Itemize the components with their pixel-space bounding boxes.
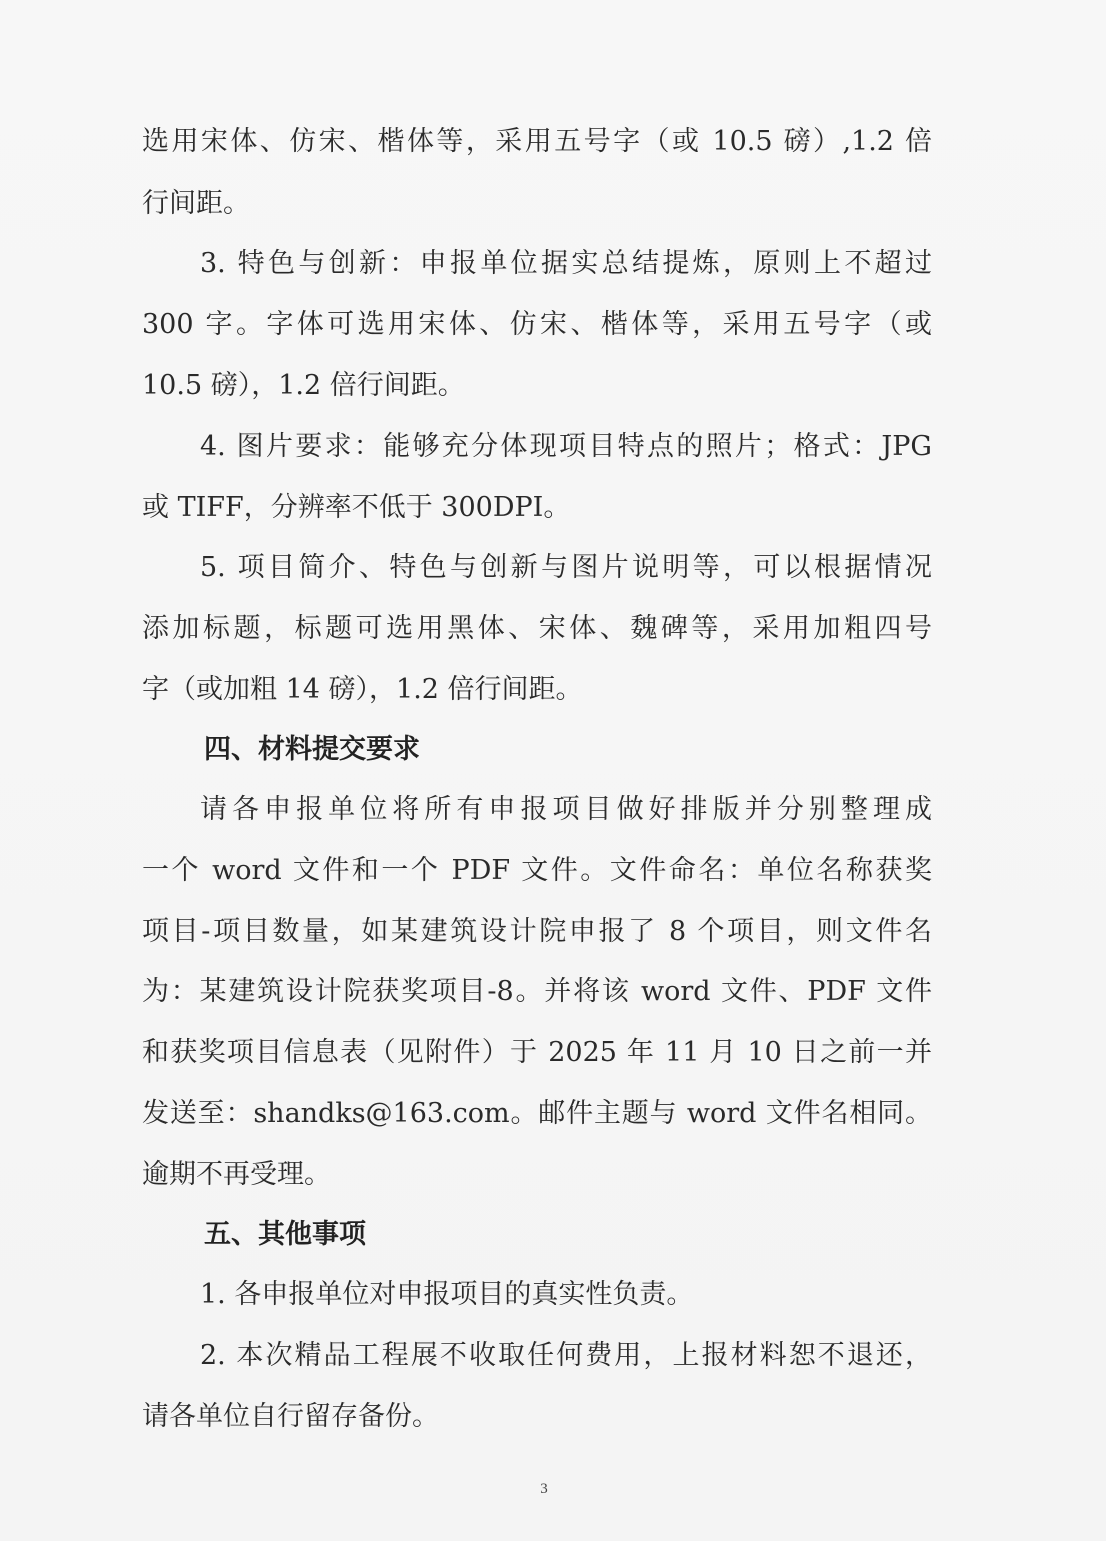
section-5-item-2-line: 2. 本次精品工程展不收取任何费用，上报材料恕不退还， [200, 1336, 932, 1376]
item-3-line: 3. 特色与创新：申报单位据实总结提炼，原则上不超过 [200, 244, 932, 284]
paragraph-line: 行间距。 [142, 184, 932, 224]
section-4-line: 请各申报单位将所有申报项目做好排版并分别整理成 [200, 790, 932, 830]
item-4-line: 4. 图片要求：能够充分体现项目特点的照片；格式：JPG [200, 427, 932, 467]
section-5-item-2-line: 请各单位自行留存备份。 [142, 1397, 932, 1437]
item-5-line: 5. 项目简介、特色与创新与图片说明等，可以根据情况 [200, 548, 932, 588]
item-5-line: 添加标题，标题可选用黑体、宋体、魏碑等，采用加粗四号 [142, 609, 932, 649]
item-5-line: 字（或加粗 14 磅），1.2 倍行间距。 [142, 670, 932, 710]
section-4-email-line: 发送至：shandks@163.com。邮件主题与 word 文件名相同。 [142, 1094, 932, 1134]
section-heading-other-matters: 五、其他事项 [204, 1215, 366, 1255]
item-4-line: 或 TIFF，分辨率不低于 300DPI。 [142, 488, 932, 528]
page-number: 3 [537, 1481, 551, 1498]
section-4-line: 项目-项目数量，如某建筑设计院申报了 8 个项目，则文件名 [142, 912, 932, 952]
section-4-line: 和获奖项目信息表（见附件）于 2025 年 11 月 10 日之前一并 [142, 1033, 932, 1073]
item-3-line: 300 字。字体可选用宋体、仿宋、楷体等，采用五号字（或 [142, 305, 932, 345]
section-5-item-1-line: 1. 各申报单位对申报项目的真实性负责。 [200, 1275, 932, 1315]
section-4-line: 一个 word 文件和一个 PDF 文件。文件命名：单位名称获奖 [142, 851, 932, 891]
section-4-line: 为：某建筑设计院获奖项目-8。并将该 word 文件、PDF 文件 [142, 972, 932, 1012]
section-4-line: 逾期不再受理。 [142, 1155, 932, 1195]
document-page: 选用宋体、仿宋、楷体等，采用五号字（或 10.5 磅）,1.2 倍 行间距。 3… [0, 0, 1106, 1541]
section-heading-materials-submission: 四、材料提交要求 [204, 730, 420, 770]
item-3-line: 10.5 磅），1.2 倍行间距。 [142, 366, 932, 406]
paragraph-line: 选用宋体、仿宋、楷体等，采用五号字（或 10.5 磅）,1.2 倍 [142, 122, 932, 162]
